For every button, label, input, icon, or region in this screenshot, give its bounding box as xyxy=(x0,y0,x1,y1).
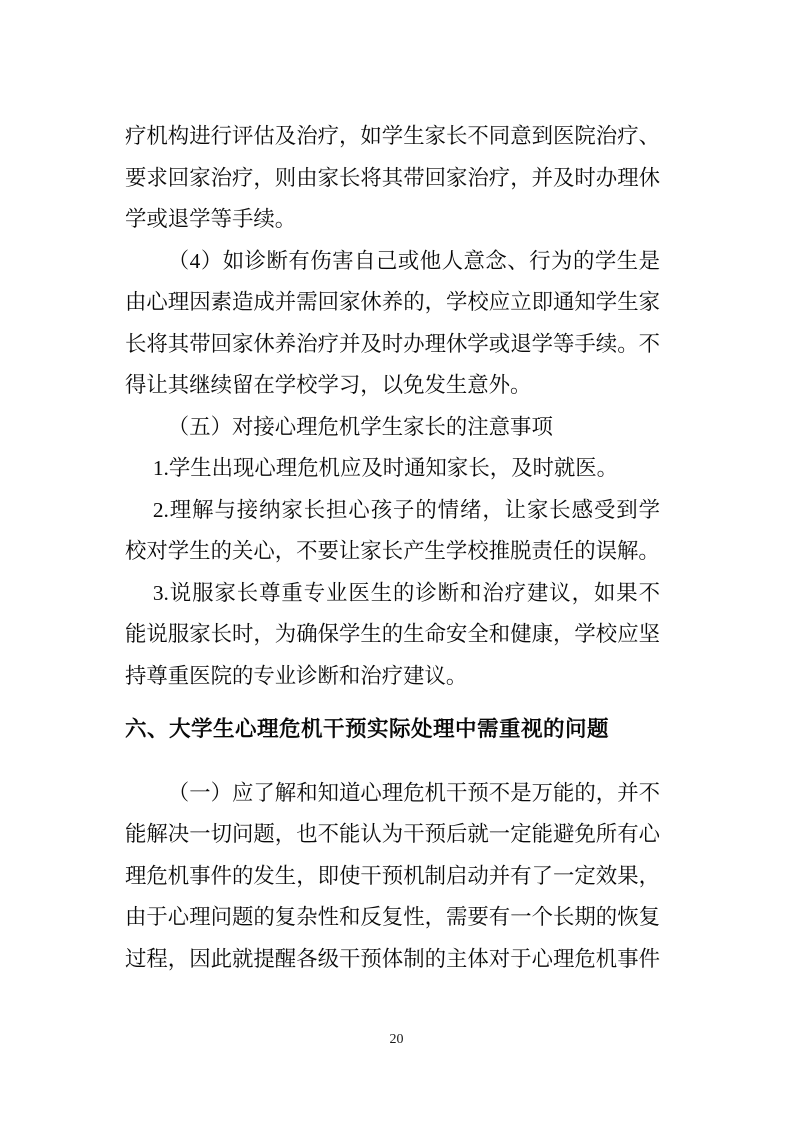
text-line: 1.学生出现心理危机应及时通知家长，及时就医。 xyxy=(125,448,660,490)
text-line: （五）对接心理危机学生家长的注意事项 xyxy=(125,407,660,449)
text-line: （一）应了解和知道心理危机干预不是万能的，并不 xyxy=(125,773,660,815)
text-line: 理危机事件的发生，即使干预机制启动并有了一定效果， xyxy=(125,856,660,898)
text-line: 学或退学等手续。 xyxy=(125,199,660,241)
text-line: 疗机构进行评估及治疗，如学生家长不同意到医院治疗、 xyxy=(125,116,660,158)
paragraph: （4）如诊断有伤害自己或他人意念、行为的学生是 由心理因素造成并需回家休养的，学… xyxy=(125,241,660,407)
text-line: 过程，因此就提醒各级干预体制的主体对于心理危机事件 xyxy=(125,939,660,981)
text-line: 能说服家长时，为确保学生的生命安全和健康，学校应坚 xyxy=(125,614,660,656)
paragraph: 3.说服家长尊重专业医生的诊断和治疗建议，如果不 能说服家长时，为确保学生的生命… xyxy=(125,573,660,698)
document-page: 疗机构进行评估及治疗，如学生家长不同意到医院治疗、 要求回家治疗，则由家长将其带… xyxy=(0,0,793,1122)
paragraph: 疗机构进行评估及治疗，如学生家长不同意到医院治疗、 要求回家治疗，则由家长将其带… xyxy=(125,116,660,241)
text-line: 校对学生的关心，不要让家长产生学校推脱责任的误解。 xyxy=(125,531,660,573)
text-line: 持尊重医院的专业诊断和治疗建议。 xyxy=(125,656,660,698)
document-body: 疗机构进行评估及治疗，如学生家长不同意到医院治疗、 要求回家治疗，则由家长将其带… xyxy=(125,116,660,980)
section-heading: 六、大学生心理危机干预实际处理中需重视的问题 xyxy=(125,709,660,751)
text-line: 由于心理问题的复杂性和反复性，需要有一个长期的恢复 xyxy=(125,897,660,939)
paragraph: （一）应了解和知道心理危机干预不是万能的，并不 能解决一切问题，也不能认为干预后… xyxy=(125,773,660,981)
text-line: 由心理因素造成并需回家休养的，学校应立即通知学生家 xyxy=(125,282,660,324)
text-line: 能解决一切问题，也不能认为干预后就一定能避免所有心 xyxy=(125,814,660,856)
text-line: 长将其带回家休养治疗并及时办理休学或退学等手续。不 xyxy=(125,324,660,366)
paragraph: 2.理解与接纳家长担心孩子的情绪，让家长感受到学 校对学生的关心，不要让家长产生… xyxy=(125,490,660,573)
text-line: 2.理解与接纳家长担心孩子的情绪，让家长感受到学 xyxy=(125,490,660,532)
text-line: （4）如诊断有伤害自己或他人意念、行为的学生是 xyxy=(125,241,660,283)
paragraph: （五）对接心理危机学生家长的注意事项 xyxy=(125,407,660,449)
paragraph: 1.学生出现心理危机应及时通知家长，及时就医。 xyxy=(125,448,660,490)
page-number: 20 xyxy=(0,1032,793,1048)
text-line: 3.说服家长尊重专业医生的诊断和治疗建议，如果不 xyxy=(125,573,660,615)
text-line: 要求回家治疗，则由家长将其带回家治疗，并及时办理休 xyxy=(125,158,660,200)
text-line: 得让其继续留在学校学习，以免发生意外。 xyxy=(125,365,660,407)
